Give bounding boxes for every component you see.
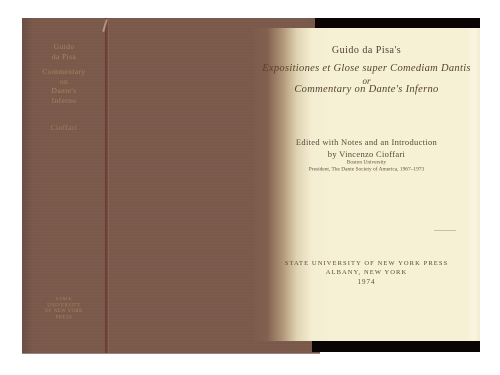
title-page-affiliation: Boston University	[264, 160, 468, 165]
title-page: Guido da Pisa's Expositiones et Glose su…	[253, 28, 480, 341]
page-crease-mark	[434, 230, 456, 231]
spine-author: Cioffari	[26, 123, 102, 132]
title-page-author: Guido da Pisa's	[253, 45, 480, 56]
title-page-edited-note: Edited with Notes and an Introduction	[253, 137, 480, 147]
title-page-publisher: STATE UNIVERSITY OF NEW YORK PRESS	[253, 260, 480, 267]
title-page-place: ALBANY, NEW YORK	[253, 269, 480, 276]
spine-publisher-line: PRESS	[34, 315, 95, 321]
spine-title-line: Inferno	[26, 96, 102, 106]
spine-title: Guido da Pisa Commentary on Dante's Infe…	[26, 42, 102, 105]
board-gap-bottom	[312, 341, 480, 352]
book-photo: Guido da Pisa Commentary on Dante's Infe…	[0, 0, 500, 375]
title-page-english-title: Commentary on Dante's Inferno	[253, 84, 480, 95]
spine-title-line: on	[26, 77, 102, 87]
spine-publisher: STATE UNIVERSITY OF NEW YORK PRESS	[34, 297, 95, 321]
spine-hinge-groove	[105, 18, 108, 353]
spine-title-line: Dante's	[26, 86, 102, 96]
page-fore-edge	[467, 28, 480, 341]
title-page-editor: by Vincenzo Cioffari	[253, 149, 480, 159]
title-page-role: President, The Dante Society of America,…	[264, 167, 468, 172]
title-page-latin-title: Expositiones et Glose super Comediam Dan…	[253, 63, 480, 74]
spine-title-line: Commentary	[26, 67, 102, 77]
title-page-year: 1974	[253, 278, 480, 286]
spine-title-line: Guido	[26, 42, 102, 52]
spine-title-line: da Pisa	[26, 52, 102, 62]
